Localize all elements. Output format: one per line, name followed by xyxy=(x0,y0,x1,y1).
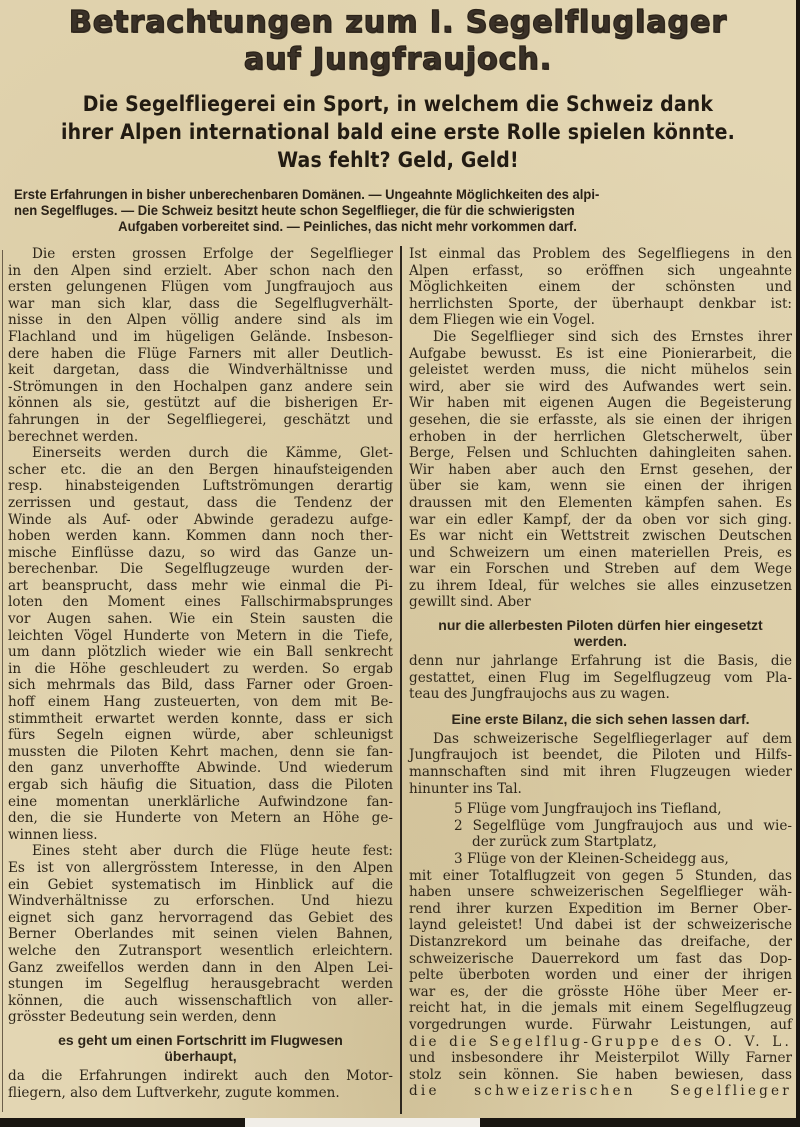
paragraph: mit einer Totalflugzeit von gegen 5 Stun… xyxy=(409,868,792,1100)
text-line: scher etc. die an den Bergen hinaufsteig… xyxy=(8,462,393,479)
text-line: Alpen erfasst, so eröffnen sich ungeahnt… xyxy=(409,263,792,280)
section-heading-text: Eine erste Bilanz, die sich sehen lassen… xyxy=(409,711,792,727)
text-line: herrlichsten Sporte, der überhaupt denkb… xyxy=(409,296,792,313)
text-line: gewillt sind. Aber xyxy=(409,594,792,611)
text-line: Ganz zweifellos werden dann in den Alpen… xyxy=(8,960,393,977)
text-line: eine momentan unerklärliche Aufwindzone … xyxy=(8,794,393,811)
text-line: leichten Vögel Hunderte von Metern in di… xyxy=(8,628,393,645)
text-line: Das schweizerische Segelfliegerlager auf… xyxy=(409,731,792,748)
text-line: stimmtheit erwartet werden konnte, dass … xyxy=(8,711,393,728)
text-line: wird, aber sie wird des Aufwandes wert s… xyxy=(409,379,792,396)
text-line: resp. hinabsteigenden Luftströmungen der… xyxy=(8,478,393,495)
text-line: Aufgabe bewusst. Es ist eine Pionierarbe… xyxy=(409,346,792,363)
text-line: ergab sich häufig die Situation, dass di… xyxy=(8,777,393,794)
text-line: erhoben in der herrlichen Gletscherwelt,… xyxy=(409,429,792,446)
text-line: Ist einmal das Problem des Segelfliegens… xyxy=(409,246,792,263)
text-line: Distanzrekord um beinahe das dreifache, … xyxy=(409,934,792,951)
callout-line: überhaupt, xyxy=(8,1048,393,1064)
list-item: 5 Flüge vom Jungfraujoch ins Tiefland, xyxy=(409,801,792,818)
text-line: den ganz unverhoffte Abwinde. Und wieder… xyxy=(8,760,393,777)
text-line: fürs Segeln eignen würde, aber schleunig… xyxy=(8,727,393,744)
text-line: keit dargetan, dass die Windverhältnisse… xyxy=(8,362,393,379)
text-line: Eines steht aber durch die Flüge heute f… xyxy=(8,843,393,860)
text-line: hoben werden kann. Kommen dann noch ther… xyxy=(8,528,393,545)
text-line: berechenbar. Die Segelflugzeuge wurden d… xyxy=(8,561,393,578)
text-line: Jungfraujoch ist beendet, die Piloten un… xyxy=(409,747,792,764)
text-line: und Schweizern um einen materiellen Prei… xyxy=(409,545,792,562)
text-line: Winde als Auf- oder Abwinde geradezu auf… xyxy=(8,512,393,529)
text-line: haben unsere schweizerischen Segelfliege… xyxy=(409,884,792,901)
subheadline-line: Die Segelfliegerei ein Sport, in welchem… xyxy=(0,90,796,118)
text-line: in die Höhe geschleudert zu werden. So e… xyxy=(8,661,393,678)
callout-line: es geht um einen Fortschritt im Flugwese… xyxy=(8,1032,393,1048)
text-line: mussten die Piloten Kehrt machen, denn s… xyxy=(8,744,393,761)
text-line: war es, der die grösste Höhe über Meer e… xyxy=(409,984,792,1001)
headline-line: Betrachtungen zum I. Segelfluglager xyxy=(0,4,796,41)
section-heading: Eine erste Bilanz, die sich sehen lassen… xyxy=(409,711,792,727)
text-line: vorgedrungen wurde. Fürwahr Leistungen, … xyxy=(409,1017,792,1034)
text-line: zu ihrem Ideal, für welches sie alles ei… xyxy=(409,578,792,595)
text-line: laynd geleistet! Und dabei ist der schwe… xyxy=(409,917,792,934)
text-line: können, die auch wissenschaftlich von al… xyxy=(8,993,393,1010)
text-line: um dann plötzlich wieder wie ein Ball se… xyxy=(8,644,393,661)
list-item: der zurück zum Startplatz, xyxy=(409,834,792,851)
subheadline-line: Was fehlt? Geld, Geld! xyxy=(0,146,796,174)
right-column: Ist einmal das Problem des Segelfliegens… xyxy=(409,246,792,1100)
text-line: ersten gelungenen Flügen vom Jungfraujoc… xyxy=(8,279,393,296)
text-line: können als sie, gestützt auf die bisheri… xyxy=(8,395,393,412)
text-line: mannschaften sind mit ihren Flugzeugen w… xyxy=(409,764,792,781)
newspaper-clipping: Betrachtungen zum I. Segelfluglager auf … xyxy=(0,0,796,1118)
text-line: dem Fliegen wie ein Vogel. xyxy=(409,312,792,329)
text-line: ein Gebiet systematisch im Hinblick auf … xyxy=(8,877,393,894)
text-line: berechnet werden. xyxy=(8,429,393,446)
text-line: art beansprucht, dass mehr wie einmal di… xyxy=(8,578,393,595)
subheadline-line: ihrer Alpen international bald eine erst… xyxy=(0,118,796,146)
text-line: loten den Moment eines Fallschirmabsprun… xyxy=(8,594,393,611)
text-line: dere haben die Flüge Farners mit aller D… xyxy=(8,346,393,363)
text-line: vor Augen sahen. Wie ein Stein sausten d… xyxy=(8,611,393,628)
text-line: die schweizerischen Segelflieger xyxy=(409,1083,792,1100)
paragraph: Einerseits werden durch die Kämme, Glet-… xyxy=(8,445,393,843)
lead-line: Erste Erfahrungen in bisher unberechenba… xyxy=(14,186,721,202)
text-line: Windverhältnisse zu erforschen. Und hiez… xyxy=(8,893,393,910)
text-line: Es ist von allergrösstem Interesse, in d… xyxy=(8,860,393,877)
text-line: nisse in den Alpen völlig andere sind al… xyxy=(8,312,393,329)
paragraph: Die ersten grossen Erfolge der Segelflie… xyxy=(8,246,393,445)
paragraph: denn nur jahrlange Erfahrung ist die Bas… xyxy=(409,653,792,703)
callout-heading: nur die allerbesten Piloten dürfen hier … xyxy=(409,617,792,649)
text-line: sich mehrmals das Bild, dass Farner oder… xyxy=(8,677,393,694)
text-line: da die Erfahrungen indirekt auch den Mot… xyxy=(8,1068,393,1085)
text-line: Möglichkeiten einem der schönsten und xyxy=(409,279,792,296)
text-line: mit einer Totalflugzeit von gegen 5 Stun… xyxy=(409,868,792,885)
text-line: war ein edler Kampf, der da oben vor sic… xyxy=(409,512,792,529)
text-line: Die ersten grossen Erfolge der Segelflie… xyxy=(8,246,393,263)
text-line: gesehen, die sie erfasste, als sie einen… xyxy=(409,412,792,429)
text-line: -Strömungen in den Hochalpen ganz andere… xyxy=(8,379,393,396)
paragraph: Ist einmal das Problem des Segelfliegens… xyxy=(409,246,792,329)
subheadline: Die Segelfliegerei ein Sport, in welchem… xyxy=(0,90,796,174)
text-line: reicht hat, in die jemals mit einem Sege… xyxy=(409,1000,792,1017)
text-line: Flachland und im hügeligen Gelände. Insb… xyxy=(8,329,393,346)
left-column: Die ersten grossen Erfolge der Segelflie… xyxy=(8,246,393,1101)
list-item: 2 Segelflüge vom Jungfraujoch aus und wi… xyxy=(409,818,792,835)
text-line: war ein Forschen und Streben auf dem Weg… xyxy=(409,561,792,578)
text-line: rend ihrer kurzen Expedition im Berner O… xyxy=(409,901,792,918)
text-line: fahrungen in der Segelfliegerei, geschät… xyxy=(8,412,393,429)
text-line: Wir haben mit eigenen Augen die Begeiste… xyxy=(409,395,792,412)
text-line: Es war nicht ein Wettstreit zwischen Deu… xyxy=(409,528,792,545)
callout-line: werden. xyxy=(409,633,792,649)
text-line: fliegern, also dem Luftverkehr, zugute k… xyxy=(8,1085,393,1102)
paragraph: Eines steht aber durch die Flüge heute f… xyxy=(8,843,393,1026)
text-line: geleistet werden muss, die nicht mühelos… xyxy=(409,362,792,379)
text-line: gestattet, einen Flug im Segelflugzeug v… xyxy=(409,670,792,687)
lead-line: nen Segelfluges. — Die Schweiz besitzt h… xyxy=(14,202,721,218)
headline: Betrachtungen zum I. Segelfluglager auf … xyxy=(0,4,796,78)
text-line: den, die sie Hunderte von Metern an Höhe… xyxy=(8,810,393,827)
column-rule xyxy=(400,246,402,1114)
text-line: eignet sich ganz hervorragend das Gebiet… xyxy=(8,910,393,927)
text-line: welche den Zutransport wesentlich erleic… xyxy=(8,943,393,960)
flight-list: 5 Flüge vom Jungfraujoch ins Tiefland, 2… xyxy=(409,801,792,867)
text-line: grösster Bedeutung sein werden, denn xyxy=(8,1009,393,1026)
callout-heading: es geht um einen Fortschritt im Flugwese… xyxy=(8,1032,393,1064)
text-line: die die Segelflug-Gruppe des O. V. L. xyxy=(409,1034,792,1051)
text-line: in den Alpen sind erzielt. Aber schon na… xyxy=(8,263,393,280)
text-line: zerrissen und gestaut, dass die Tendenz … xyxy=(8,495,393,512)
list-item: 3 Flüge von der Kleinen-Scheidegg aus, xyxy=(409,851,792,868)
paragraph: da die Erfahrungen indirekt auch den Mot… xyxy=(8,1068,393,1101)
lead-line: Aufgaben vorbereitet sind. — Peinliches,… xyxy=(14,218,721,234)
text-line: Die Segelflieger sind sich des Ernstes i… xyxy=(409,329,792,346)
text-line: und insbesondere ihr Meisterpilot Willy … xyxy=(409,1050,792,1067)
text-line: Berge, Felsen und Schluchten dahingleite… xyxy=(409,445,792,462)
text-line: teau des Jungfraujochs aus zu wagen. xyxy=(409,686,792,703)
text-line: stolz sein können. Sie haben bewiesen, d… xyxy=(409,1067,792,1084)
text-line: Einerseits werden durch die Kämme, Glet- xyxy=(8,445,393,462)
text-line: war man sich klar, dass die Segelflugver… xyxy=(8,296,393,313)
background-paper-strip xyxy=(245,1118,480,1127)
text-line: Berner Oberlandes mit seinen vielen Bahn… xyxy=(8,926,393,943)
text-line: über sie kam, wenn sie einen der ihrigen xyxy=(409,478,792,495)
text-line: draussen mit den Elementen kämpfen sahen… xyxy=(409,495,792,512)
text-line: denn nur jahrlange Erfahrung ist die Bas… xyxy=(409,653,792,670)
text-line: pelte überboten worden und einer der ihr… xyxy=(409,967,792,984)
lead-summary: Erste Erfahrungen in bisher unberechenba… xyxy=(14,186,721,234)
text-line: hoff einem Hang zusteuerten, von dem mit… xyxy=(8,694,393,711)
text-line: Wir haben aber auch den Ernst gesehen, d… xyxy=(409,462,792,479)
headline-line: auf Jungfraujoch. xyxy=(0,41,796,78)
text-line: winnen liess. xyxy=(8,827,393,844)
callout-line: nur die allerbesten Piloten dürfen hier … xyxy=(409,617,792,633)
paragraph: Das schweizerische Segelfliegerlager auf… xyxy=(409,731,792,797)
clipping-edge xyxy=(2,250,3,1112)
text-line: hinunter ins Tal. xyxy=(409,781,792,798)
paragraph: Die Segelflieger sind sich des Ernstes i… xyxy=(409,329,792,611)
text-line: mische Einflüsse dazu, so wird das Ganze… xyxy=(8,545,393,562)
text-line: stungen im Segelflug herausgebracht werd… xyxy=(8,976,393,993)
text-line: schweizerische Dauerrekord um fast das D… xyxy=(409,951,792,968)
